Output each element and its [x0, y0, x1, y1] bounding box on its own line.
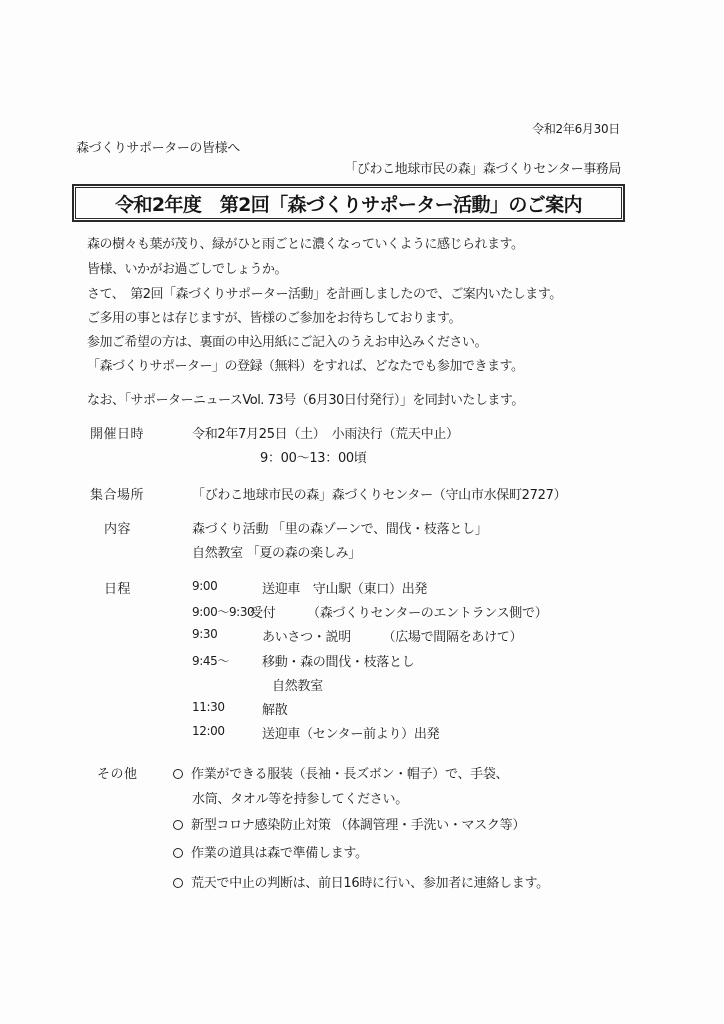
circle-bullet-icon: [173, 848, 183, 858]
document-page: 令和2年6月30日 森づくりサポーターの皆様へ 「びわこ地球市民の森」森づくりセ…: [0, 0, 724, 1024]
schedule-time: 11:30: [192, 700, 225, 714]
schedule-time: 9:30: [192, 627, 217, 641]
schedule-label: 日程: [104, 578, 131, 597]
schedule-activity: 移動・森の間伐・枝落とし: [262, 651, 414, 670]
recipient-line: 森づくりサポーターの皆様へ: [76, 137, 240, 156]
schedule-activity: 送迎車（センター前より）出発: [262, 723, 439, 742]
title-box: 令和2年度 第2回「森づくりサポーター活動」のご案内: [72, 184, 625, 222]
other-item: 荒天で中止の判断は、前日16時に行い、参加者に連絡します。: [173, 872, 549, 891]
datetime-value: 令和2年7月25日（土） 小雨決行（荒天中止）: [192, 423, 459, 442]
content-activity: 森づくり活動 「里の森ゾーンで、間伐・枝落とし」: [192, 518, 487, 537]
schedule-activity: 解散: [262, 699, 287, 718]
venue-label: 集合場所: [90, 484, 144, 503]
schedule-time: 9:45～: [192, 652, 229, 669]
content-label: 内容: [104, 518, 131, 537]
schedule-activity: あいさつ・説明 （広場で間隔をあけて）: [262, 626, 522, 645]
intro-line-6: 「森づくりサポーター」の登録（無料）をすれば、どなたでも参加できます。: [87, 355, 523, 374]
intro-line-2: 皆様、いかがお過ごしでしょうか。: [87, 258, 287, 277]
other-item: 作業ができる服装（長袖・長ズボン・帽子）で、手袋、: [173, 763, 508, 782]
issue-date: 令和2年6月30日: [532, 120, 620, 137]
other-item-continued: 水筒、タオル等を持参してください。: [192, 788, 408, 807]
circle-bullet-icon: [173, 878, 183, 888]
datetime-hours: 9：00～13：00頃: [260, 447, 367, 466]
circle-bullet-icon: [173, 820, 183, 830]
intro-line-4: ご多用の事とは存じますが、皆様のご参加をお待ちしております。: [87, 307, 461, 326]
schedule-activity: 受付 （森づくりセンターのエントランス側で）: [250, 602, 547, 621]
schedule-time: 12:00: [192, 724, 225, 738]
circle-bullet-icon: [173, 769, 183, 779]
schedule-activity: 自然教室: [272, 675, 323, 694]
intro-line-1: 森の樹々も葉が茂り、緑がひと雨ごとに濃くなっていくように感じられます。: [87, 233, 523, 252]
other-item: 作業の道具は森で準備します。: [173, 842, 368, 861]
schedule-activity: 送迎車 守山駅（東口）出発: [262, 578, 427, 597]
enclosure-note: なお、「サポーターニュースVol. 73号（6月30日付発行）」を同封いたします…: [87, 389, 524, 408]
other-item: 新型コロナ感染防止対策 （体調管理・手洗い・マスク等）: [173, 814, 525, 833]
schedule-time: 9:00～9:30: [192, 603, 254, 620]
intro-line-3: さて、 第2回「森づくりサポーター活動」を計画しましたので、ご案内いたします。: [87, 283, 562, 302]
venue-value: 「びわこ地球市民の森」森づくりセンター（守山市水保町2727）: [192, 484, 566, 503]
intro-line-5: 参加ご希望の方は、裏面の申込用紙にご記入のうえお申込みください。: [87, 331, 487, 350]
datetime-label: 開催日時: [90, 423, 144, 442]
schedule-time: 9:00: [192, 579, 217, 593]
document-title: 令和2年度 第2回「森づくりサポーター活動」のご案内: [75, 187, 622, 219]
other-label: その他: [97, 763, 138, 782]
sender-line: 「びわこ地球市民の森」森づくりセンター事務局: [344, 158, 621, 177]
content-nature-class: 自然教室 「夏の森の楽しみ」: [192, 542, 361, 561]
